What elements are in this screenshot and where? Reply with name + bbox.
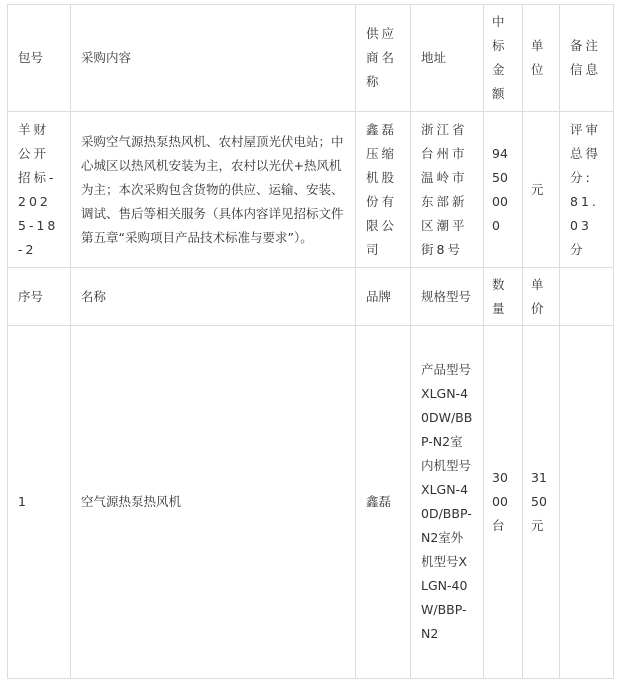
supplier-cell: 鑫磊压缩机股份有限公司 — [356, 112, 411, 268]
award-result-table: 包号 采购内容 供应商名称 地址 中标金额 单位 备注信息 羊财公开招标-202… — [7, 4, 614, 679]
package-no-cell: 羊财公开招标-2025-18-2 — [8, 112, 71, 268]
header-brand: 品牌 — [356, 268, 411, 326]
table-row: 1 空气源热泵热风机 鑫磊 产品型号XLGN-40DW/BBP-N2室内机型号X… — [8, 326, 614, 679]
header-amount: 中标金额 — [484, 5, 523, 112]
header-unit: 单位 — [523, 5, 560, 112]
content-cell: 采购空气源热泵热风机、农村屋顶光伏电站；中心城区以热风机安装为主，农村以光伏+热… — [71, 112, 356, 268]
item-spec: 产品型号XLGN-40DW/BBP-N2室内机型号XLGN-40D/BBP-N2… — [411, 326, 484, 679]
table-header-row: 包号 采购内容 供应商名称 地址 中标金额 单位 备注信息 — [8, 5, 614, 112]
header-seq: 序号 — [8, 268, 71, 326]
header-spec: 规格型号 — [411, 268, 484, 326]
header-package-no: 包号 — [8, 5, 71, 112]
header-content: 采购内容 — [71, 5, 356, 112]
address-cell: 浙江省台州市温岭市东部新区潮平街8号 — [411, 112, 484, 268]
header-extra — [560, 268, 614, 326]
item-qty: 3000台 — [484, 326, 523, 679]
item-brand: 鑫磊 — [356, 326, 411, 679]
amount-cell: 9450000 — [484, 112, 523, 268]
header-supplier: 供应商名称 — [356, 5, 411, 112]
header-qty: 数量 — [484, 268, 523, 326]
item-price: 3150元 — [523, 326, 560, 679]
header-name: 名称 — [71, 268, 356, 326]
item-extra — [560, 326, 614, 679]
header-remarks: 备注信息 — [560, 5, 614, 112]
item-seq: 1 — [8, 326, 71, 679]
header-price: 单价 — [523, 268, 560, 326]
item-name: 空气源热泵热风机 — [71, 326, 356, 679]
item-header-row: 序号 名称 品牌 规格型号 数量 单价 — [8, 268, 614, 326]
remarks-cell: 评审总得分:81.03分 — [560, 112, 614, 268]
package-row: 羊财公开招标-2025-18-2 采购空气源热泵热风机、农村屋顶光伏电站；中心城… — [8, 112, 614, 268]
header-address: 地址 — [411, 5, 484, 112]
unit-cell: 元 — [523, 112, 560, 268]
